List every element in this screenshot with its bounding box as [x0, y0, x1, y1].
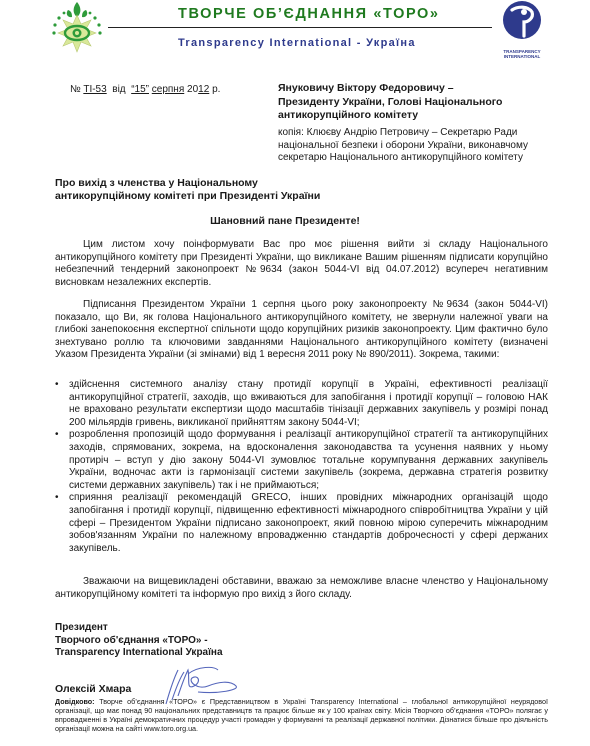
- org-subtitle: Transparency International - Україна: [178, 37, 416, 49]
- paragraph-context: Підписання Президентом України 1 серпня …: [55, 299, 548, 362]
- reference-month: серпня: [152, 84, 184, 95]
- list-item: •сприяння реалізації рекомендацій GRECO,…: [55, 492, 548, 555]
- list-item: •розроблення пропозицій щодо формування …: [55, 429, 548, 492]
- list-item: •здійснення системного аналізу стану про…: [55, 379, 548, 429]
- copy-recipient: копія: Клюєву Андрію Петровичу – Секрета…: [278, 127, 578, 165]
- org-title: ТВОРЧЕ ОБ’ЄДНАННЯ «ТОРО»: [178, 6, 440, 22]
- objectives-list: •здійснення системного аналізу стану про…: [55, 379, 548, 555]
- paragraph-intro: Цим листом хочу поінформувати Вас про мо…: [55, 239, 548, 289]
- document-reference: № TI-53 від “15” серпня 2012 р.: [70, 84, 220, 95]
- signatory-name: Олексій Хмара: [55, 683, 131, 695]
- website-link[interactable]: www.toro.org.ua.: [144, 724, 198, 733]
- ti-logo-caption: TRANSPARENCY INTERNATIONAL: [494, 49, 550, 59]
- signatory-title: Президент Творчого об'єднання «ТОРО» - T…: [55, 622, 223, 660]
- paragraph-conclusion: Зважаючи на вищевикладені обставини, вва…: [55, 576, 548, 601]
- ti-globe-icon: [494, 0, 550, 44]
- letter-subject: Про вихід з членства у Національному ант…: [55, 177, 455, 203]
- footnote: Довідково: Творче об’єднання «ТОРО» є Пр…: [55, 697, 548, 733]
- toro-logo-icon: [46, 0, 108, 58]
- reference-day: “15”: [131, 84, 149, 95]
- reference-number: TI-53: [83, 84, 106, 95]
- header-divider: [108, 27, 492, 28]
- addressee-block: Януковичу Віктору Федоровичу – Президент…: [278, 82, 578, 123]
- transparency-international-logo: TRANSPARENCY INTERNATIONAL: [494, 0, 550, 62]
- greeting: Шановний пане Президенте!: [0, 215, 590, 227]
